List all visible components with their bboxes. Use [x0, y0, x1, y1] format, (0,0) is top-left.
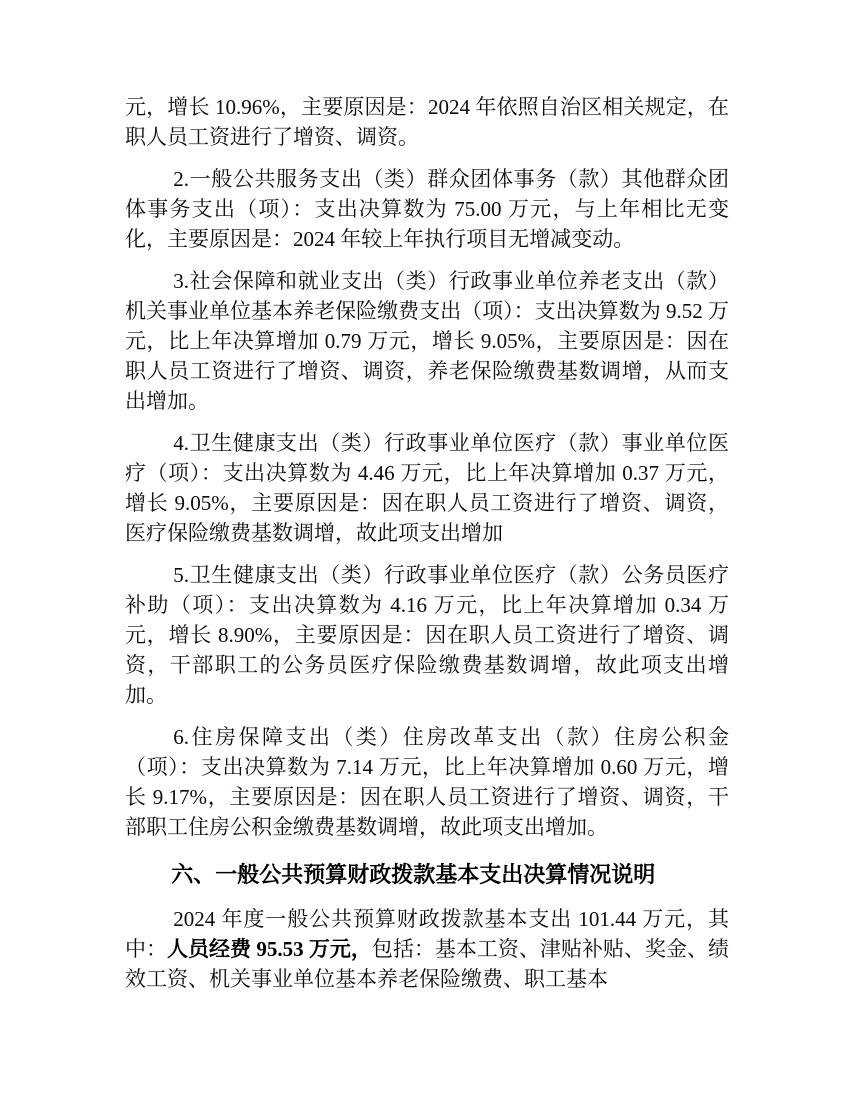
section-heading-six: 六、一般公共预算财政拨款基本支出决算情况说明: [125, 860, 729, 890]
personnel-expense-bold-run: 人员经费 95.53 万元，: [167, 937, 372, 961]
paragraph-item-3-social-security: 3.社会保障和就业支出（类）行政事业单位养老支出（款）机关事业单位基本养老保险缴…: [125, 266, 729, 416]
paragraph-item-4-health-institution-medical: 4.卫生健康支出（类）行政事业单位医疗（款）事业单位医疗（项）：支出决算数为 4…: [125, 428, 729, 548]
paragraph-basic-expenditure-summary: 2024 年度一般公共预算财政拨款基本支出 101.44 万元，其中：人员经费 …: [125, 904, 729, 994]
document-page: 元，增长 10.96%，主要原因是：2024 年依照自治区相关规定，在职人员工资…: [0, 0, 850, 1100]
paragraph-item-5-civil-servant-medical: 5.卫生健康支出（类）行政事业单位医疗（款）公务员医疗补助（项）：支出决算数为 …: [125, 560, 729, 710]
paragraph-item-6-housing-fund: 6.住房保障支出（类）住房改革支出（款）住房公积金（项）：支出决算数为 7.14…: [125, 722, 729, 842]
paragraph-continuation: 元，增长 10.96%，主要原因是：2024 年依照自治区相关规定，在职人员工资…: [125, 92, 729, 152]
document-text-block: 元，增长 10.96%，主要原因是：2024 年依照自治区相关规定，在职人员工资…: [125, 92, 729, 1006]
paragraph-item-2-general-public-services: 2.一般公共服务支出（类）群众团体事务（款）其他群众团体事务支出（项）：支出决算…: [125, 164, 729, 254]
